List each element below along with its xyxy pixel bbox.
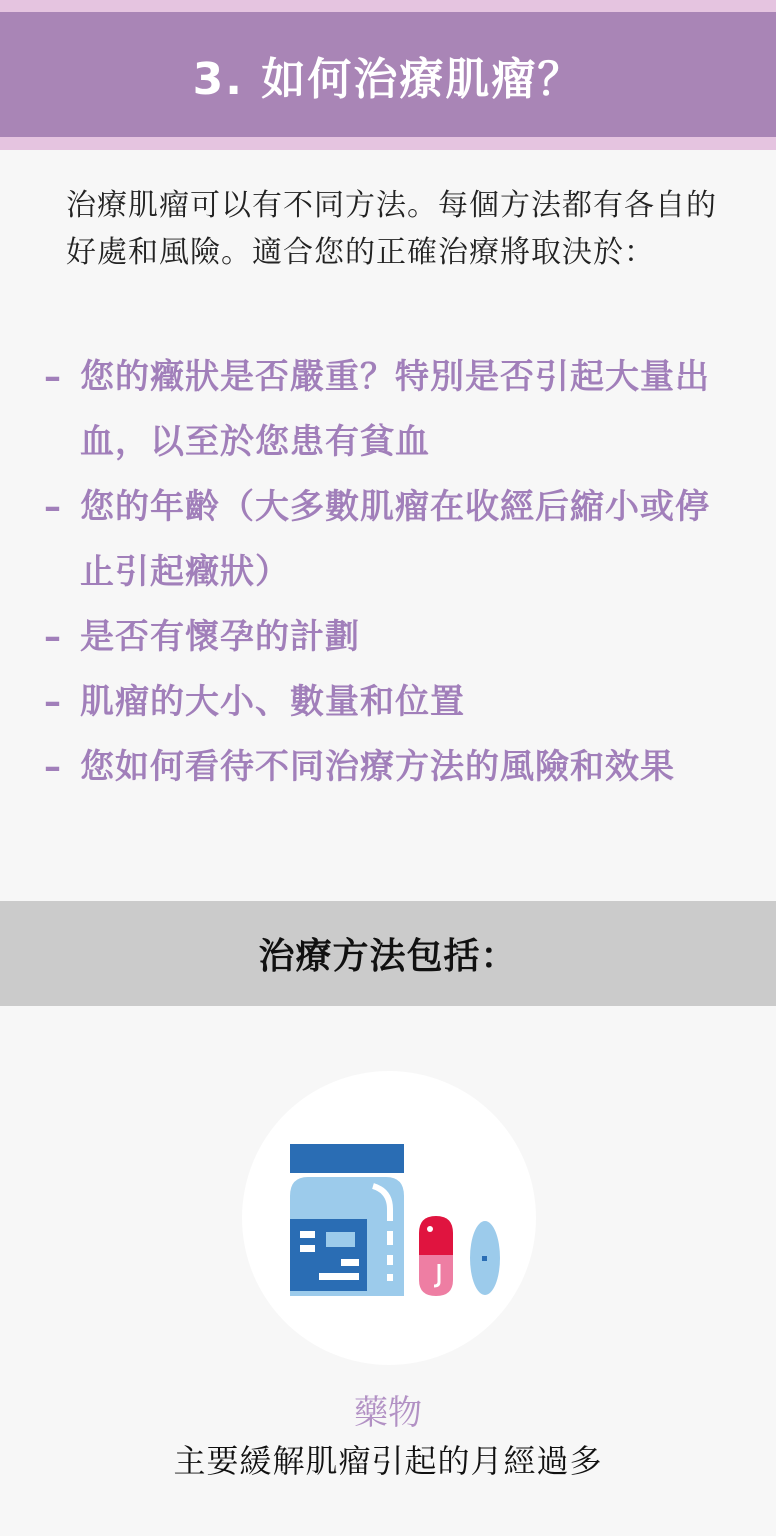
treatment-icon-circle xyxy=(242,1071,536,1365)
factor-item: –肌瘤的大小、數量和位置 xyxy=(44,670,744,735)
factor-list: –您的癥狀是否嚴重？特別是否引起大量出血，以至於您患有貧血 –您的年齡（大多數肌… xyxy=(44,345,744,800)
header-top-band xyxy=(0,0,776,12)
page-header: 3. 如何治療肌瘤？ xyxy=(0,12,776,137)
dash-bullet: – xyxy=(44,345,62,410)
section-header: 治療方法包括： xyxy=(0,901,776,1006)
factor-item: –您如何看待不同治療方法的風險和效果 xyxy=(44,735,744,800)
factor-item: –您的年齡（大多數肌瘤在收經后縮小或停止引起癥狀） xyxy=(44,475,744,605)
factor-text: 您的癥狀是否嚴重？特別是否引起大量出血，以至於您患有貧血 xyxy=(80,357,710,462)
factor-text: 您的年齡（大多數肌瘤在收經后縮小或停止引起癥狀） xyxy=(80,487,710,592)
intro-paragraph: 治療肌瘤可以有不同方法。每個方法都有各自的好處和風險。適合您的正確治療將取決於： xyxy=(66,182,726,276)
treatment-description: 主要緩解肌瘤引起的月經過多 xyxy=(0,1436,776,1482)
factor-text: 肌瘤的大小、數量和位置 xyxy=(80,682,465,722)
factor-item: –您的癥狀是否嚴重？特別是否引起大量出血，以至於您患有貧血 xyxy=(44,345,744,475)
dash-bullet: – xyxy=(44,670,62,735)
medicine-icon xyxy=(242,1071,536,1365)
factor-text: 您如何看待不同治療方法的風險和效果 xyxy=(80,747,675,787)
header-bottom-band xyxy=(0,137,776,150)
factor-item: –是否有懷孕的計劃 xyxy=(44,605,744,670)
factor-text: 是否有懷孕的計劃 xyxy=(80,617,360,657)
page-title: 3. 如何治療肌瘤？ xyxy=(193,43,584,107)
section-title: 治療方法包括： xyxy=(258,928,517,979)
dash-bullet: – xyxy=(44,605,62,670)
dash-bullet: – xyxy=(44,735,62,800)
treatment-title: 藥物 xyxy=(0,1385,776,1434)
dash-bullet: – xyxy=(44,475,62,540)
